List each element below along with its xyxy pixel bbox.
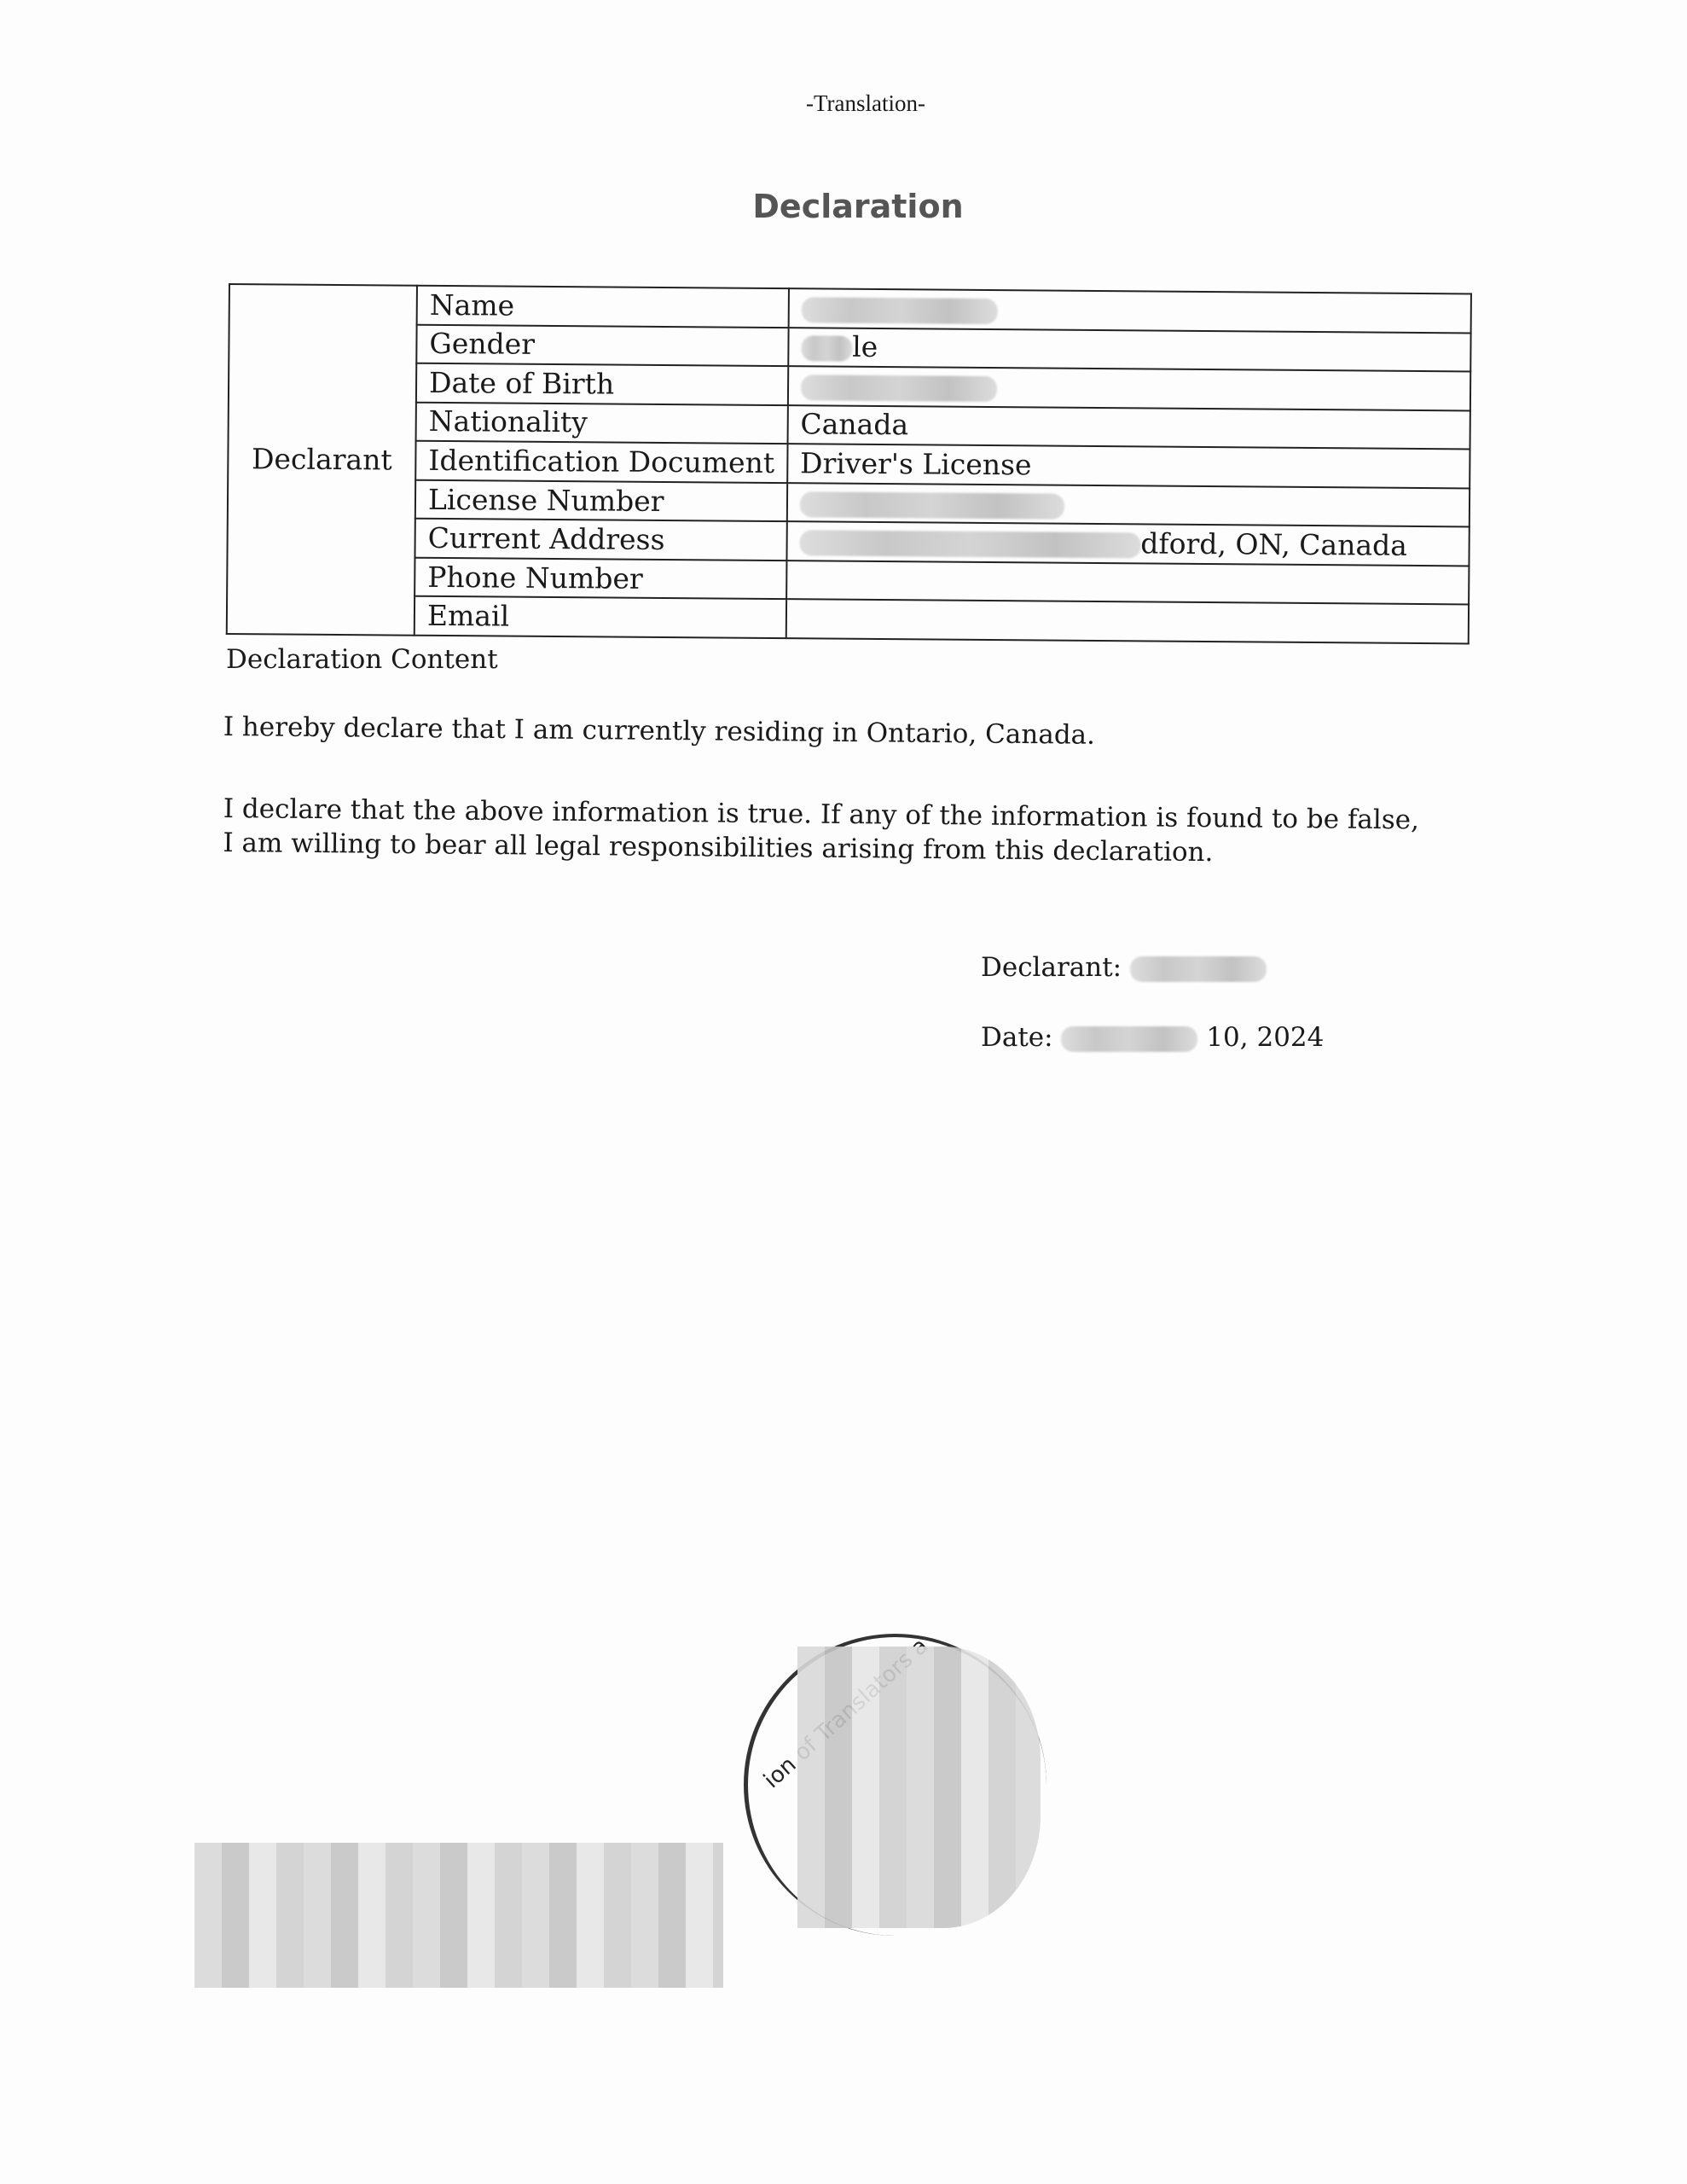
date-value: 10, 2024 bbox=[1206, 1022, 1324, 1053]
row-label-name: Name bbox=[417, 286, 789, 328]
declaration-paragraph-2: I declare that the above information is … bbox=[223, 792, 1435, 872]
row-value-gender: le bbox=[788, 328, 1471, 372]
row-value-name bbox=[788, 288, 1471, 333]
row-value-nationality: Canada bbox=[787, 405, 1470, 450]
redaction bbox=[1061, 1026, 1197, 1052]
redaction bbox=[799, 530, 1140, 558]
document-title: Declaration bbox=[0, 188, 1687, 225]
redaction bbox=[800, 491, 1064, 519]
row-value-email bbox=[786, 600, 1470, 644]
redaction bbox=[801, 336, 852, 362]
signature-date: Date: 10, 2024 bbox=[981, 1022, 1324, 1053]
pixelated-stamp-center bbox=[797, 1647, 1041, 1928]
declarant-group-label: Declarant bbox=[227, 284, 417, 636]
address-value-partial: dford, ON, Canada bbox=[1140, 526, 1407, 561]
declarant-label: Declarant: bbox=[981, 952, 1122, 983]
redaction bbox=[801, 297, 997, 324]
row-label-nationality: Nationality bbox=[416, 402, 788, 444]
translation-header: -Translation- bbox=[0, 90, 1687, 117]
declaration-content-label: Declaration Content bbox=[226, 644, 498, 675]
gender-value-partial: le bbox=[852, 330, 878, 363]
row-label-gender: Gender bbox=[416, 324, 788, 366]
redaction bbox=[1130, 956, 1267, 982]
row-label-current-address: Current Address bbox=[415, 519, 786, 561]
row-label-license-number: License Number bbox=[415, 479, 787, 521]
row-label-dob: Date of Birth bbox=[416, 363, 788, 405]
row-value-phone bbox=[786, 561, 1470, 605]
redaction bbox=[801, 375, 997, 402]
declaration-paragraph-1: I hereby declare that I am currently res… bbox=[223, 710, 1435, 756]
row-label-email: Email bbox=[415, 596, 786, 638]
row-value-current-address: dford, ON, Canada bbox=[786, 521, 1470, 566]
date-label: Date: bbox=[981, 1022, 1053, 1053]
row-label-id-document: Identification Document bbox=[415, 441, 787, 483]
row-value-dob bbox=[788, 366, 1471, 410]
declarant-table: Declarant Name Gender le Date of Birth N… bbox=[226, 283, 1472, 644]
row-label-phone: Phone Number bbox=[415, 558, 786, 600]
row-value-license-number bbox=[787, 483, 1470, 527]
signature-declarant: Declarant: bbox=[981, 952, 1267, 983]
pixelated-translator-signature bbox=[194, 1843, 723, 1988]
row-value-id-document: Driver's License bbox=[787, 444, 1470, 488]
